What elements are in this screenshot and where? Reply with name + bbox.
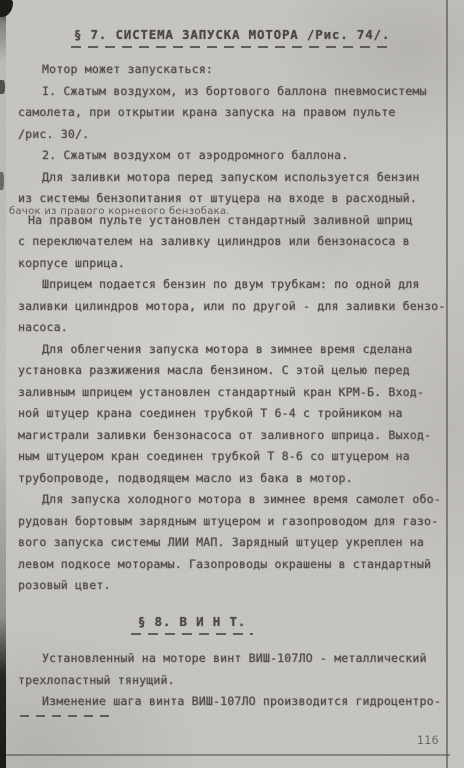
page-text-block: § 7. СИСТЕМА ЗАПУСКА МОТОРА /Рис. 74/. М… — [0, 0, 464, 717]
text-line: трубопроводе, подводящем масло из бака в… — [18, 468, 446, 490]
text-line: ной штуцер крана соединен трубкой Т 6-4 … — [18, 403, 446, 425]
text-line: ным штуцером кран соединен трубкой Т 8-6… — [18, 446, 446, 468]
section-8-title: § 8. В И Н Т. — [138, 614, 246, 629]
text-line: Шприцем подается бензин по двум трубкам:… — [18, 274, 446, 296]
scan-artifact-mark — [0, 172, 4, 190]
text-line: левом подкосе моторамы. Газопроводы окра… — [18, 554, 446, 576]
scan-artifact-left-edge — [0, 0, 6, 768]
text-line: заливным шприцем установлен стандартный … — [18, 382, 446, 404]
text-line: вого запуска системы ЛИИ МАП. Зарядный ш… — [18, 532, 446, 554]
text-line: корпусе шприца. — [18, 253, 446, 275]
scan-artifact-bottom-border — [0, 754, 450, 756]
typewriter-underline — [71, 46, 393, 48]
text-line: Мотор может запускаться: — [18, 59, 446, 81]
text-line: Изменение шага винта ВИШ-107ЛО производи… — [18, 691, 446, 713]
text-line: рудован бортовым зарядным штуцером и газ… — [18, 511, 446, 533]
text-line: насоса. — [18, 317, 446, 339]
text-line: розовый цвет. — [18, 575, 446, 597]
scan-artifact-right-border — [446, 0, 448, 768]
text-line: самолета, при открытии крана запуска на … — [18, 102, 446, 124]
text-line: Для запуска холодного мотора в зимнее вр… — [18, 489, 446, 511]
section-8-heading-row: § 8. В И Н Т. — [0, 611, 406, 635]
section-7-title: § 7. СИСТЕМА ЗАПУСКА МОТОРА /Рис. 74/. — [74, 27, 390, 42]
text-line: с переключателем на заливку цилиндров ил… — [18, 231, 446, 253]
section-7-heading-row: § 7. СИСТЕМА ЗАПУСКА МОТОРА /Рис. 74/. — [18, 24, 446, 48]
scan-artifact-mark — [0, 80, 5, 94]
text-line: Для заливки мотора перед запуском исполь… — [18, 167, 446, 189]
text-line: Установленный на моторе винт ВИШ-107ЛО -… — [18, 648, 446, 670]
text-line: магистрали заливки бензонасоса от заливн… — [18, 425, 446, 447]
text-line: трехлопастный тянущий. — [18, 670, 446, 692]
scanned-manual-page: § 7. СИСТЕМА ЗАПУСКА МОТОРА /Рис. 74/. М… — [0, 0, 464, 768]
text-line: /рис. 30/. — [18, 124, 446, 146]
text-line: I. Сжатым воздухом, из бортового баллона… — [18, 81, 446, 103]
text-line: заливки цилиндров мотора, или по другой … — [18, 296, 446, 318]
typewriter-underline — [131, 633, 253, 635]
typewriter-underline — [20, 715, 116, 717]
text-line: Для облегчения запуска мотора в зимнее в… — [18, 339, 446, 361]
text-line: 2. Сжатым воздухом от аэродромного балло… — [18, 145, 446, 167]
page-number: 116 — [417, 733, 439, 747]
text-line: установка разжижения масла бензином. С э… — [18, 360, 446, 382]
